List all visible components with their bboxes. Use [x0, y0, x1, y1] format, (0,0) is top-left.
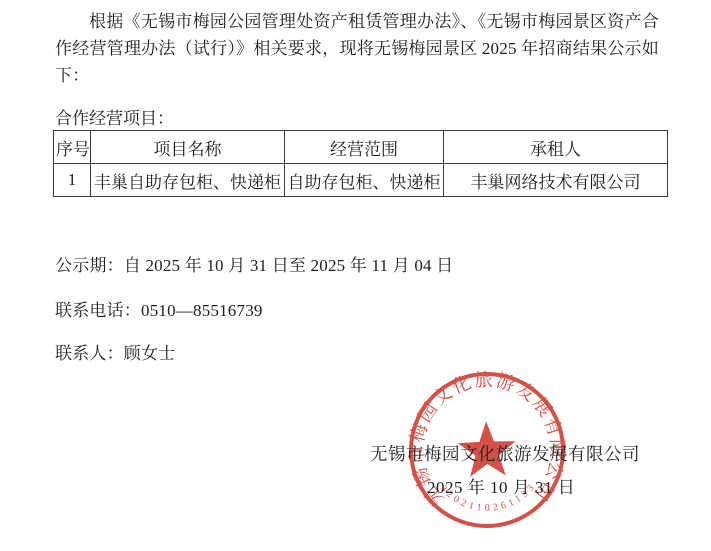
cell-lessee: 丰巢网络技术有限公司	[444, 164, 668, 197]
notice-paragraph: 根据《无锡市梅园公园管理处资产租赁管理办法》、《无锡市梅园景区资产合作经营管理办…	[55, 8, 659, 89]
table-row: 1 丰巢自助存包柜、快递柜 自助存包柜、快递柜 丰巢网络技术有限公司	[54, 164, 668, 197]
signature-date: 2025 年 10 月 31 日	[427, 473, 575, 498]
header-seq: 序号	[54, 131, 91, 164]
bid-result-table: 序号 项目名称 经营范围 承租人 1 丰巢自助存包柜、快递柜 自助存包柜、快递柜…	[53, 130, 668, 197]
signature-company: 无锡市梅园文化旅游发展有限公司	[370, 441, 640, 466]
contact-phone-line: 联系电话：0510—85516739	[55, 296, 263, 321]
cell-seq: 1	[54, 164, 91, 197]
section-label: 合作经营项目：	[55, 104, 174, 129]
notice-period-line: 公示期：自 2025 年 10 月 31 日至 2025 年 11 月 04 日	[55, 251, 453, 276]
header-business-scope: 经营范围	[285, 131, 444, 164]
cell-project-name: 丰巢自助存包柜、快递柜	[91, 164, 285, 197]
notice-document-page: 根据《无锡市梅园公园管理处资产租赁管理办法》、《无锡市梅园景区资产合作经营管理办…	[0, 0, 711, 551]
header-lessee: 承租人	[444, 131, 668, 164]
header-project-name: 项目名称	[91, 131, 285, 164]
table-header-row: 序号 项目名称 经营范围 承租人	[54, 131, 668, 164]
cell-business-scope: 自助存包柜、快递柜	[285, 164, 444, 197]
contact-person-line: 联系人：顾女士	[55, 339, 175, 364]
